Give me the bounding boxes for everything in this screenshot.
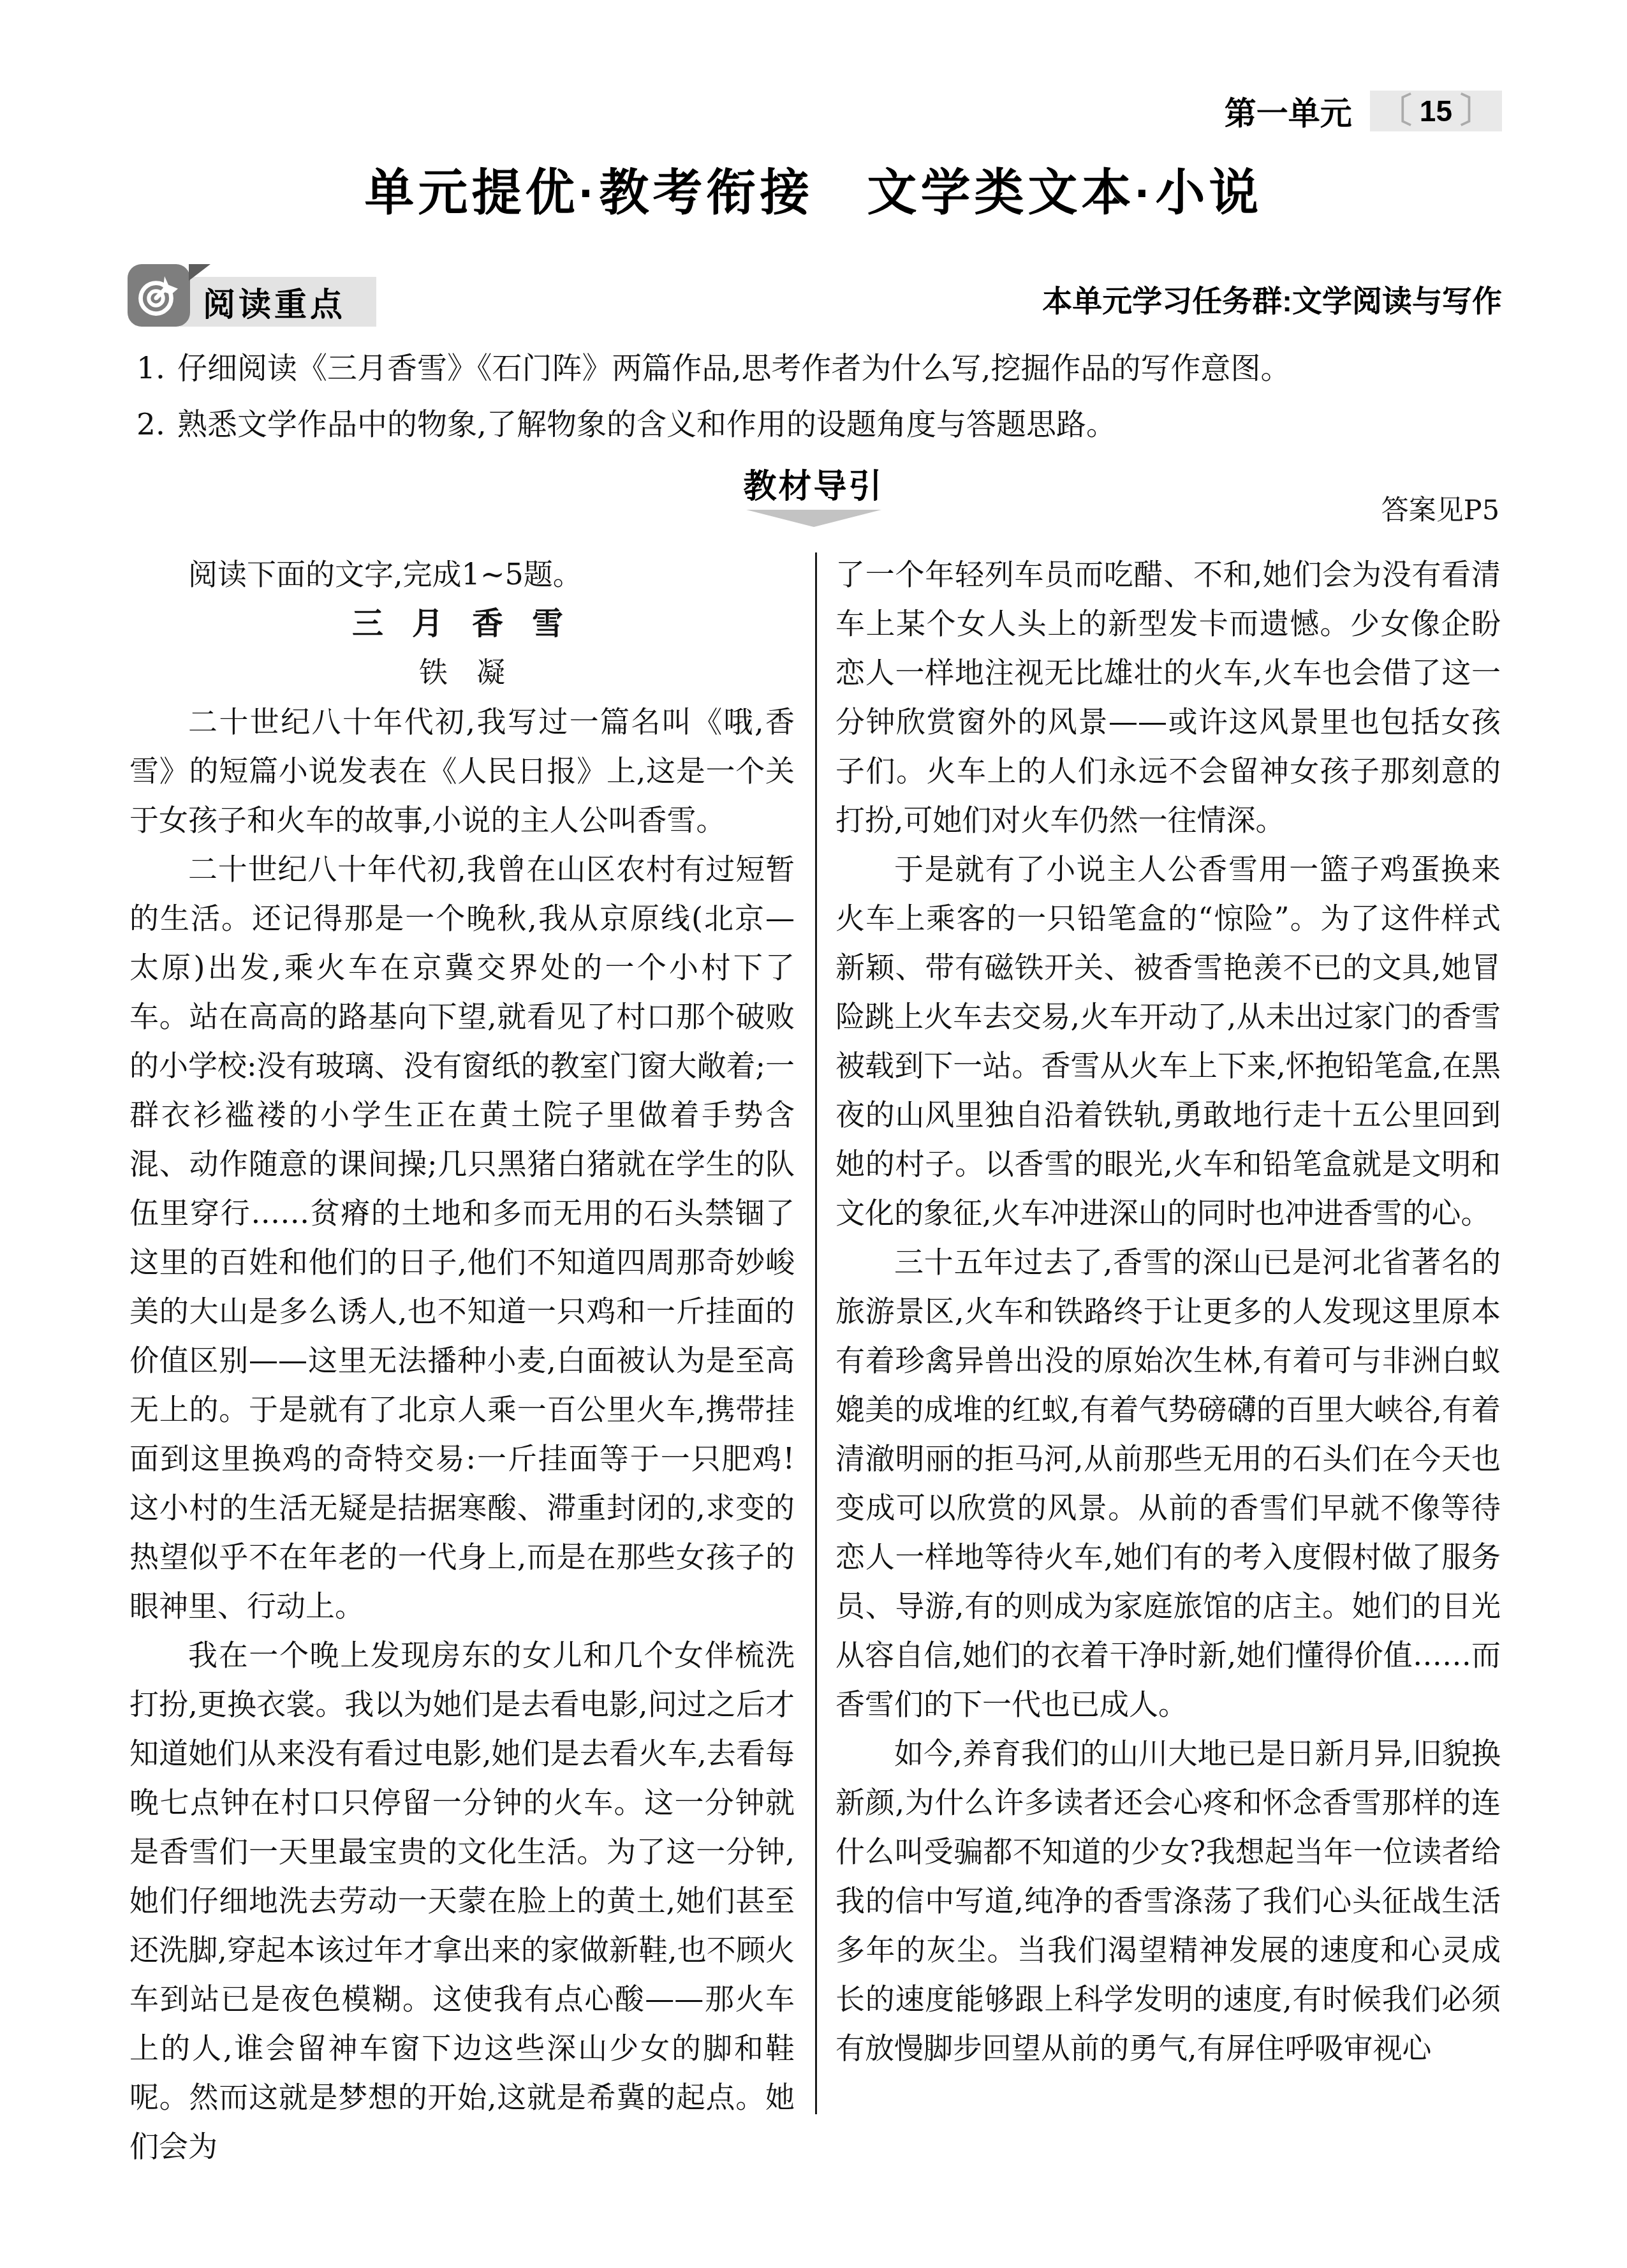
right-column: 了一个年轻列车员而吃醋、不和,她们会为没有看清车上某个女人头上的新型发卡而遗憾。…: [836, 550, 1501, 2171]
point-text: 仔细阅读《三月香雪》《石门阵》两篇作品,思考作者为什么写,挖掘作品的写作意图。: [177, 350, 1502, 388]
paragraph: 二十世纪八十年代初,我曾在山区农村有过短暂的生活。还记得那是一个晚秋,我从京原线…: [129, 845, 795, 1631]
task-group-note: 本单元学习任务群:文学阅读与写作: [1042, 278, 1502, 327]
focus-point: 2. 熟悉文学作品中的物象,了解物象的含义和作用的设题角度与答题思路。: [136, 406, 1502, 444]
fold-corner: [189, 264, 210, 281]
triangle-down-icon: [746, 510, 881, 527]
reading-focus-row: 阅读重点 本单元学习任务群:文学阅读与写作: [128, 264, 1502, 327]
left-column: 阅读下面的文字,完成1~5题。 三 月 香 雪 铁 凝 二十世纪八十年代初,我写…: [129, 550, 795, 2171]
page-number-badge: 〔 15 〕: [1370, 91, 1502, 131]
focus-points-list: 1. 仔细阅读《三月香雪》《石门阵》两篇作品,思考作者为什么写,挖掘作品的写作意…: [136, 350, 1502, 462]
page-number: 15: [1420, 94, 1452, 128]
story-title: 三 月 香 雪: [129, 599, 795, 648]
reading-focus-badge: 阅读重点: [128, 264, 376, 327]
paragraph: 如今,养育我们的山川大地已是日新月异,旧貌换新颜,为什么许多读者还会心疼和怀念香…: [836, 1729, 1501, 2073]
point-number: 2.: [136, 406, 177, 444]
paragraph: 我在一个晚上发现房东的女儿和几个女伴梳洗打扮,更换衣裳。我以为她们是去看电影,问…: [129, 1631, 795, 2171]
answer-reference: 答案见P5: [1381, 489, 1499, 528]
focus-point: 1. 仔细阅读《三月香雪》《石门阵》两篇作品,思考作者为什么写,挖掘作品的写作意…: [136, 350, 1502, 388]
bracket-open: 〔: [1378, 94, 1412, 128]
bracket-close: 〕: [1460, 94, 1494, 128]
point-number: 1.: [136, 350, 177, 388]
reading-focus-label: 阅读重点: [180, 277, 376, 327]
running-head: 第一单元 〔 15 〕: [1225, 88, 1502, 134]
page-title: 单元提优·教考衔接 文学类文本·小说: [0, 153, 1627, 225]
paragraph: 二十世纪八十年代初,我写过一篇名叫《哦,香雪》的短篇小说发表在《人民日报》上,这…: [129, 697, 795, 845]
paragraph: 于是就有了小说主人公香雪用一篮子鸡蛋换来火车上乘客的一只铅笔盒的“惊险”。为了这…: [836, 845, 1501, 1238]
paragraph: 三十五年过去了,香雪的深山已是河北省著名的旅游景区,火车和铁路终于让更多的人发现…: [836, 1238, 1501, 1729]
paragraph: 了一个年轻列车员而吃醋、不和,她们会为没有看清车上某个女人头上的新型发卡而遗憾。…: [836, 550, 1501, 845]
column-divider: [815, 552, 817, 2114]
unit-label: 第一单元: [1225, 88, 1352, 134]
target-icon: [128, 264, 190, 327]
point-text: 熟悉文学作品中的物象,了解物象的含义和作用的设题角度与答题思路。: [177, 406, 1502, 444]
passage-instruction: 阅读下面的文字,完成1~5题。: [129, 550, 795, 599]
passage-columns: 阅读下面的文字,完成1~5题。 三 月 香 雪 铁 凝 二十世纪八十年代初,我写…: [129, 550, 1501, 2171]
story-author: 铁 凝: [129, 648, 795, 697]
